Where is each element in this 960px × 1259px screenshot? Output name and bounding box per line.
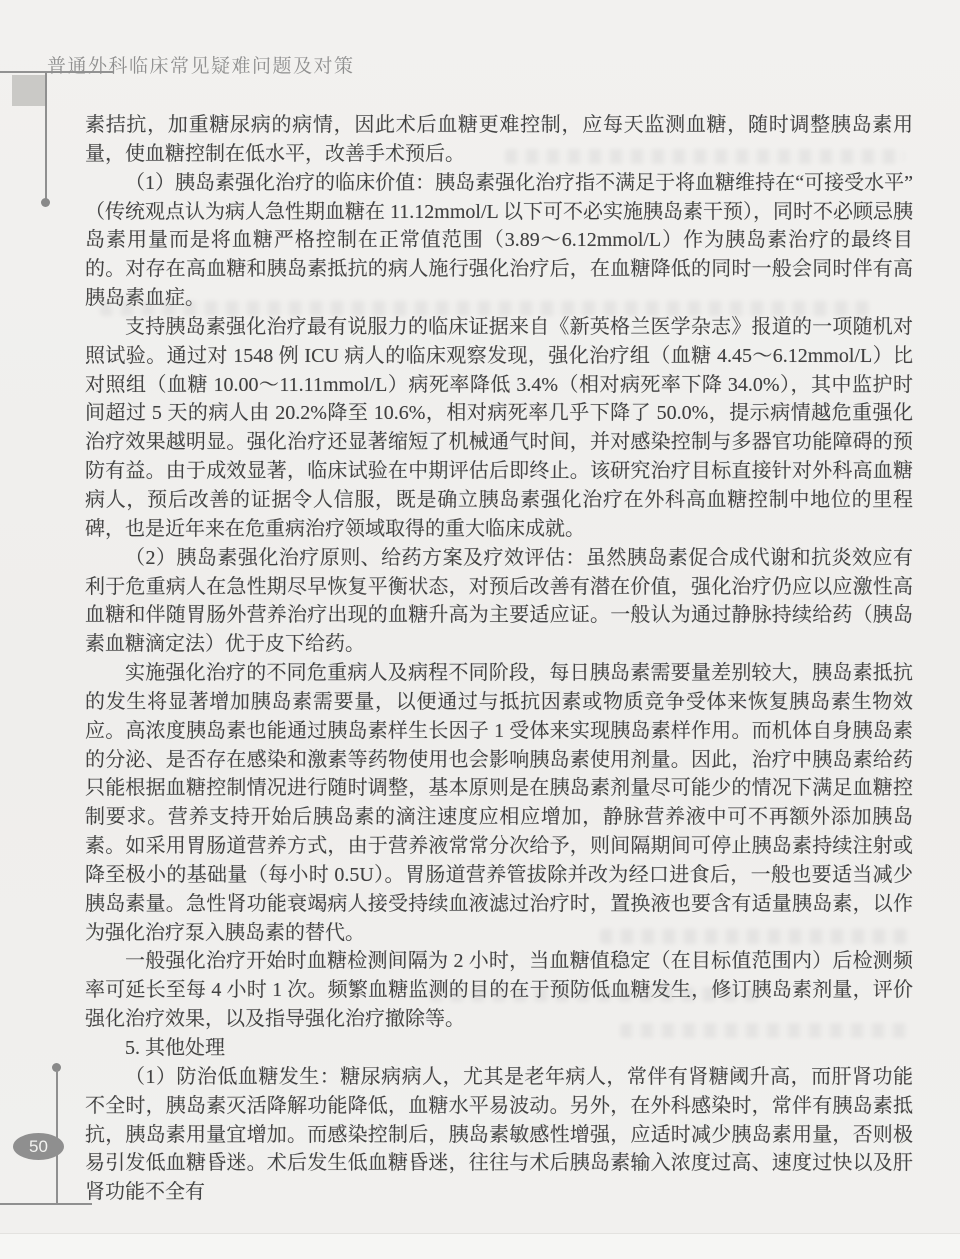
paragraph: 支持胰岛素强化治疗最有说服力的临床证据来自《新英格兰医学杂志》报道的一项随机对照… bbox=[85, 313, 913, 544]
body-text: 素拮抗，加重糖尿病的病情，因此术后血糖更难控制，应每天监测血糖，随时调整胰岛素用… bbox=[85, 111, 913, 1207]
scan-edge-strip bbox=[0, 1233, 960, 1259]
running-head-book-title: 普通外科临床常见疑难问题及对策 bbox=[47, 51, 355, 78]
section-heading: 5. 其他处理 bbox=[85, 1034, 913, 1063]
paragraph: （2）胰岛素强化治疗原则、给药方案及疗效评估：虽然胰岛素促合成代谢和抗炎效应有利… bbox=[85, 544, 913, 659]
margin-line-bottom bbox=[56, 1070, 58, 1204]
bleedthrough-artifact bbox=[430, 987, 760, 1002]
paragraph: （1）防治低血糖发生：糖尿病病人，尤其是老年病人，常伴有肾糖阈升高，而肝肾功能不… bbox=[85, 1063, 913, 1207]
bleedthrough-artifact bbox=[100, 301, 870, 316]
margin-line-top bbox=[45, 72, 47, 201]
margin-decoration-box bbox=[12, 75, 46, 106]
bleedthrough-artifact bbox=[505, 149, 905, 164]
bleedthrough-artifact bbox=[600, 929, 910, 944]
page: 普通外科临床常见疑难问题及对策 素拮抗，加重糖尿病的病情，因此术后血糖更难控制，… bbox=[0, 0, 960, 1259]
page-number: 50 bbox=[29, 1137, 48, 1157]
margin-line-top-end-dot bbox=[41, 198, 50, 207]
paragraph: 实施强化治疗的不同危重病人及病程不同阶段，每日胰岛素需要量差别较大，胰岛素抵抗的… bbox=[85, 659, 913, 947]
bleedthrough-artifact bbox=[620, 1023, 910, 1038]
footer-rule bbox=[0, 1203, 92, 1205]
scanned-book-page: { "header": { "book_title": "普通外科临床常见疑难问… bbox=[0, 0, 960, 1259]
paragraph: （1）胰岛素强化治疗的临床价值：胰岛素强化治疗指不满足于将血糖维持在“可接受水平… bbox=[85, 169, 913, 313]
